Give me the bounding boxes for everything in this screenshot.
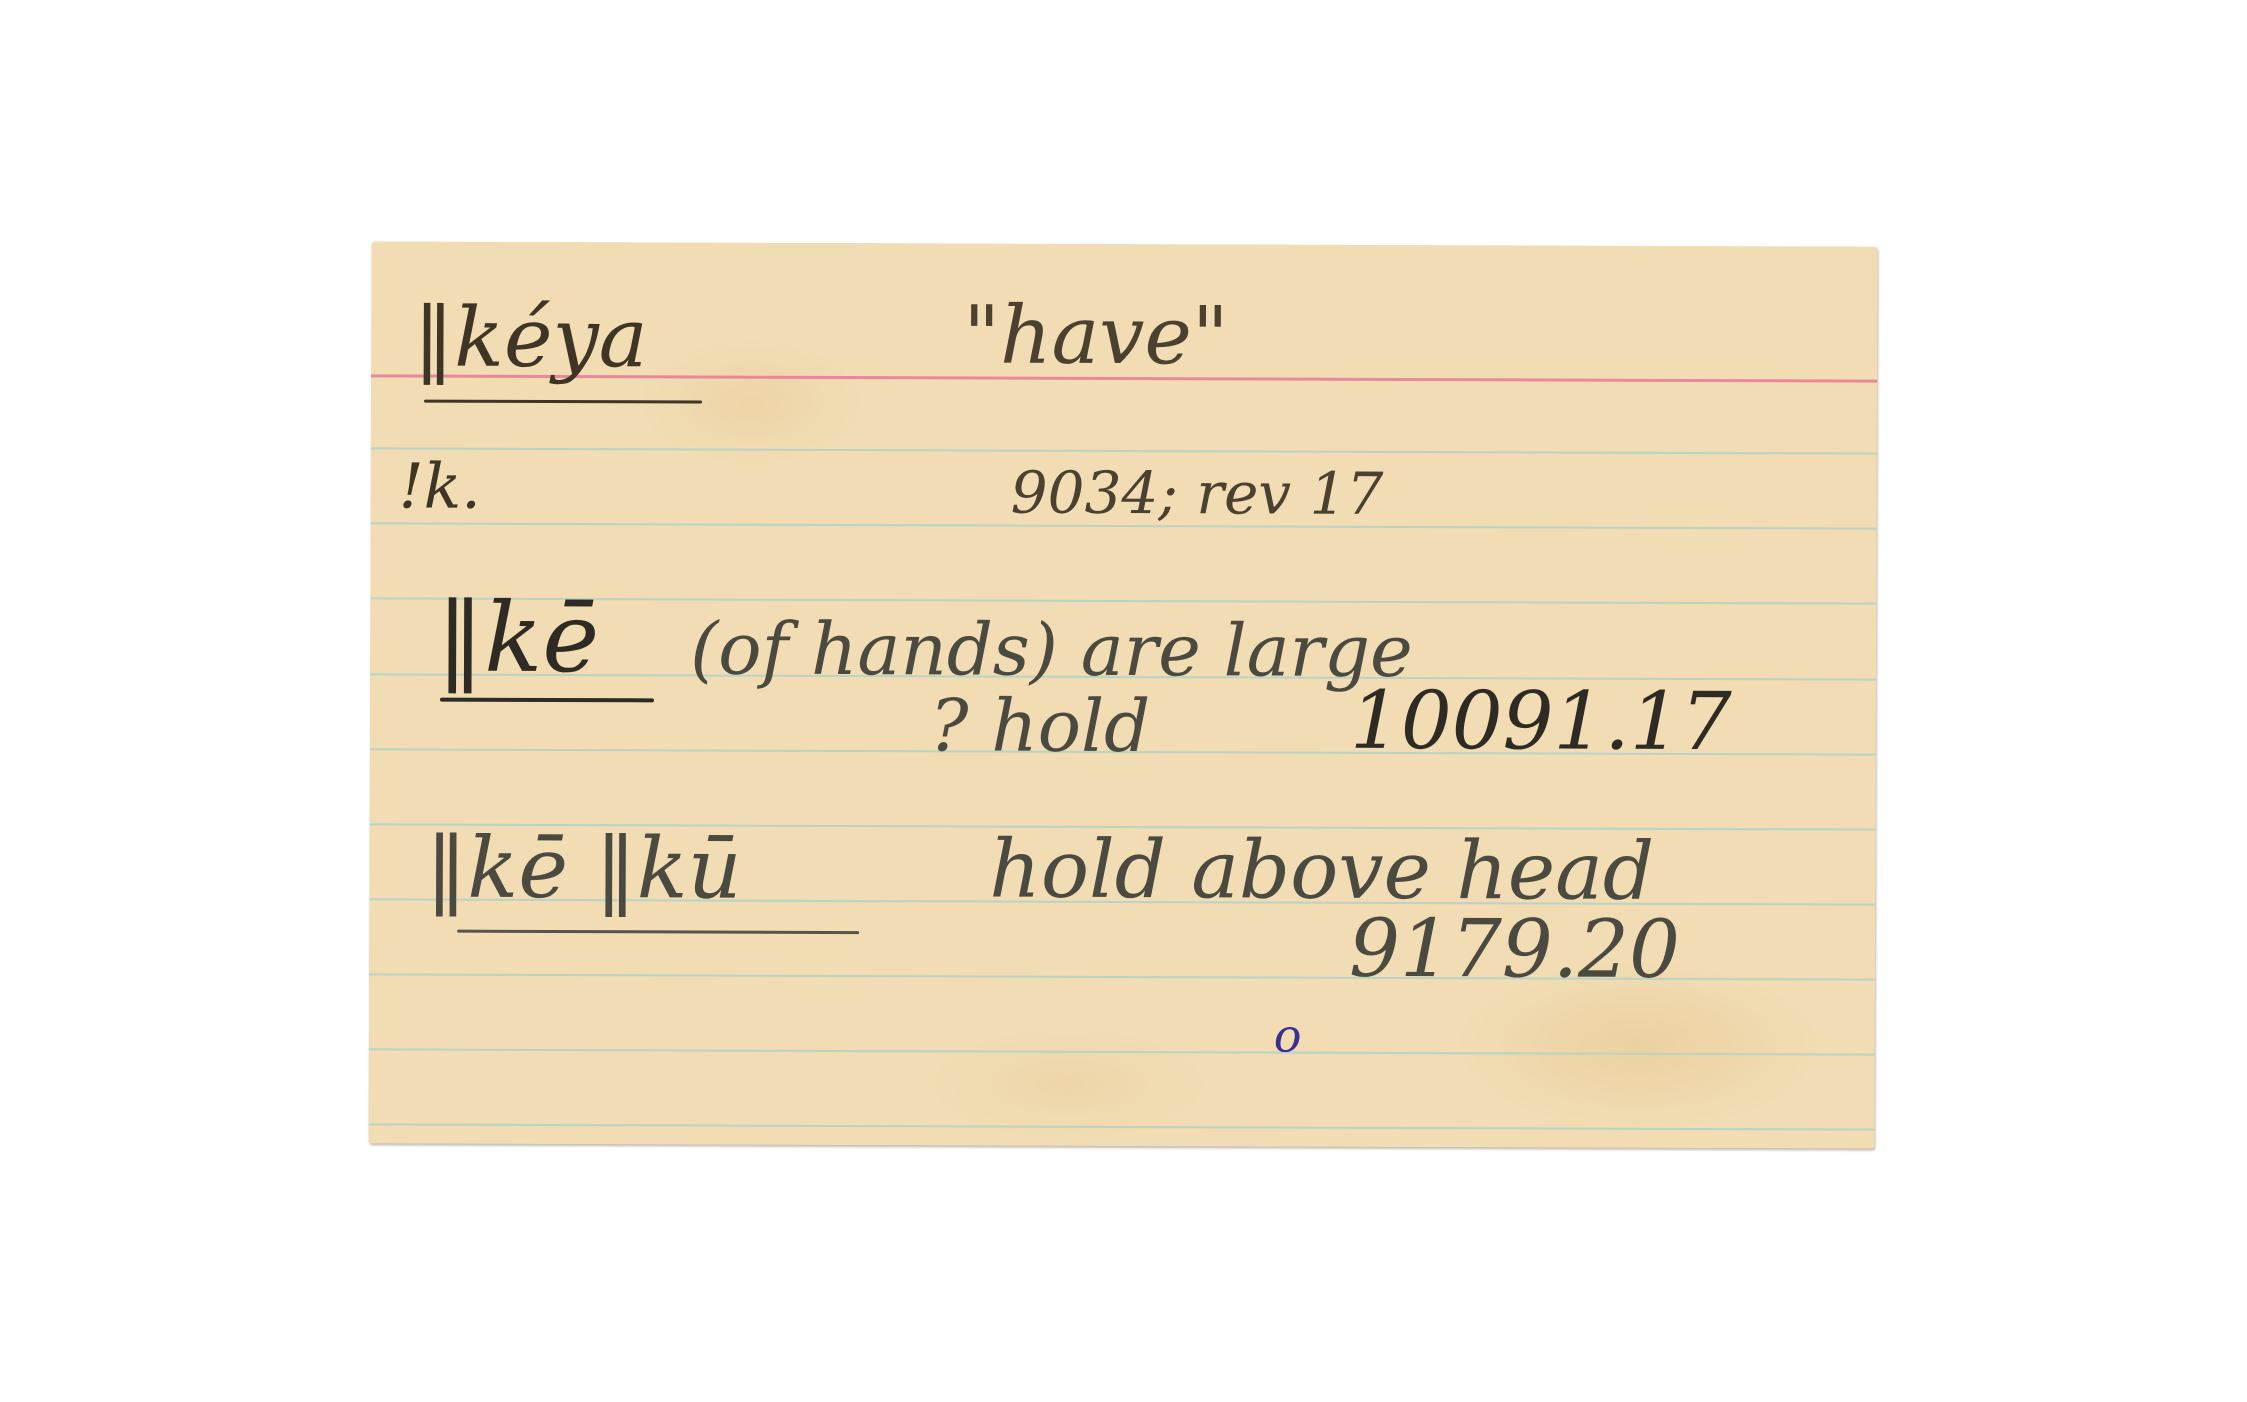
entry-reference: 10091.17 <box>1350 681 1732 762</box>
entry-gloss-line-1: (of hands) are large <box>690 612 1413 687</box>
entry-form-underline <box>440 698 654 703</box>
entry-reference: 9179.20 <box>1349 909 1680 990</box>
headword-gloss: "have" <box>963 295 1229 376</box>
index-card: ‖kéya "have" !k. 9034; rev 17 ‖kē (of ha… <box>368 241 1877 1148</box>
entry-form: ‖kē <box>436 590 599 687</box>
entry-gloss-line-1: hold above head <box>989 830 1654 912</box>
ruled-line <box>368 1123 1874 1130</box>
entry-form: ‖kē ‖kū <box>425 826 742 911</box>
headword-underline <box>424 400 702 404</box>
entry-gloss-line-2: ? hold <box>930 689 1151 762</box>
headword: ‖kéya <box>413 298 648 381</box>
entry-form-underline <box>457 930 859 934</box>
ruled-line <box>371 447 1877 454</box>
language-tag: !k. <box>399 455 481 517</box>
ruled-line <box>369 1048 1875 1055</box>
blue-mark: o <box>1274 1013 1302 1059</box>
source-reference: 9034; rev 17 <box>1011 464 1384 523</box>
